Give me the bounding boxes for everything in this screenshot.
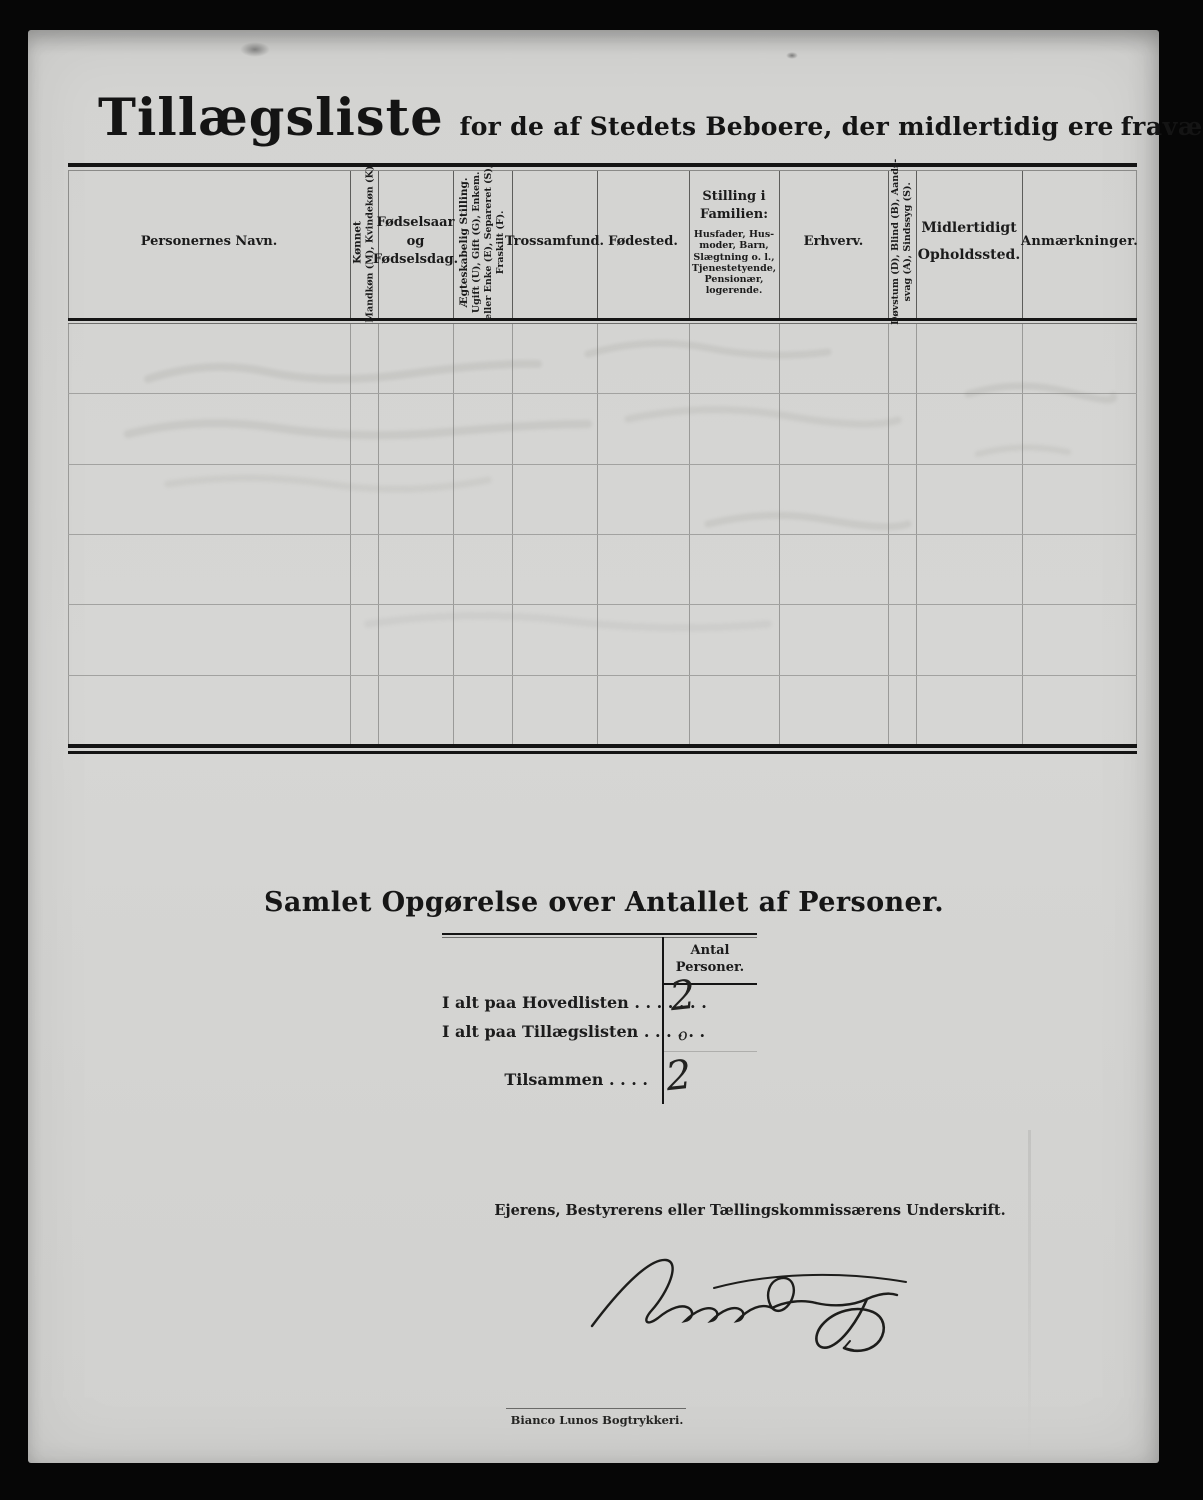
column-header-occupation: Erhverv. — [779, 166, 888, 318]
column-header-codes: Mandkøn (M), Kvindekøn (K). — [365, 162, 377, 322]
rotated-header-text: Ægteskabelig Stilling. Ugift (U), Gift (… — [458, 164, 507, 319]
column-header-disability: Døvstum (D), Blind (B), Aands- svag (A),… — [888, 166, 916, 318]
column-header-family-position: Stilling i Familien: Husfader, Hus- mode… — [689, 166, 779, 318]
column-header-label: Fødested. — [608, 233, 678, 252]
title-subtitle-emphasis: fraværende. — [1121, 112, 1203, 141]
column-header-birth: Fødselsaar og Fødselsdag. — [378, 166, 453, 318]
column-header-codes: svag (A), Sindssyg (S). — [902, 182, 914, 301]
column-header-birthplace: Fødested. — [597, 166, 689, 318]
column-header-name: Personernes Navn. — [68, 166, 350, 318]
column-header-label: Erhverv. — [804, 233, 864, 252]
column-header-sublabel: Husfader, Hus- moder, Barn, Slægtning o.… — [692, 229, 776, 296]
leader-dots: . . . . . . — [638, 1022, 705, 1041]
column-header-faith: Trossamfund. — [512, 166, 597, 318]
scanned-census-document: { "title": { "main": "Tillægsliste", "re… — [0, 0, 1203, 1500]
column-header-label: Fødselsdag. — [373, 251, 458, 270]
table-bottom-rule — [68, 744, 1137, 748]
family-sub-line: moder, Barn, — [692, 240, 776, 251]
column-header-remarks: Anmærkninger. — [1022, 166, 1137, 318]
column-header-codes: eller Enke (E), Separeret (S), — [483, 164, 495, 319]
summary-col-header-line: Antal — [664, 943, 756, 960]
title-main: Tillægsliste — [98, 88, 444, 148]
rotated-header-text: Kønnet Mandkøn (M), Kvindekøn (K). — [352, 162, 377, 322]
column-header-codes: Ugift (U), Gift (G), Enkem. — [471, 171, 483, 313]
column-header-label: og — [407, 233, 425, 252]
column-header-label: Personernes Navn. — [141, 233, 278, 252]
column-header-label: Stilling i — [702, 188, 765, 207]
family-sub-line: Pensionær, — [692, 274, 776, 285]
table-bottom-rule-2 — [68, 751, 1137, 754]
handwritten-count-total: 2 — [664, 1055, 693, 1097]
family-sub-line: Husfader, Hus- — [692, 229, 776, 240]
summary-row-label: Tilsammen . . . . — [442, 1070, 648, 1089]
printer-imprint: Bianco Lunos Bogtrykkeri. — [511, 1413, 684, 1427]
rotated-header-text: Døvstum (D), Blind (B), Aands- svag (A),… — [890, 159, 914, 325]
leader-dots: . . . . — [603, 1070, 648, 1089]
column-header-label: Ægteskabelig Stilling. — [458, 177, 471, 307]
summary-label-text: I alt paa Tillægslisten — [442, 1022, 638, 1041]
summary-col-header: Antal Personer. — [664, 943, 756, 977]
signature-caption: Ejerens, Bestyrerens eller Tællingskommi… — [494, 1202, 1005, 1219]
column-header-sex: Kønnet Mandkøn (M), Kvindekøn (K). — [350, 166, 378, 318]
summary-top-thin-rule — [442, 937, 757, 938]
summary-sum-rule — [664, 1051, 757, 1052]
column-header-label: Trossamfund. — [505, 233, 604, 252]
scan-smudge — [240, 42, 270, 57]
page-title: Tillægsliste for de af Stedets Beboere, … — [98, 88, 1203, 148]
family-sub-line: Tjenestetyende, — [692, 263, 776, 274]
summary-top-rule — [442, 933, 757, 935]
column-header-marital: Ægteskabelig Stilling. Ugift (U), Gift (… — [453, 166, 512, 318]
column-header-codes: Døvstum (D), Blind (B), Aands- — [890, 159, 902, 325]
column-header-temporary-residence: Midlertidigt Opholdssted. — [916, 166, 1022, 318]
summary-label-text: I alt paa Hovedlisten — [442, 993, 629, 1012]
header-bottom-rule — [68, 318, 1137, 321]
title-subtitle: for de af Stedets Beboere, der midlertid… — [460, 112, 1114, 141]
summary-label-text: Tilsammen — [504, 1070, 603, 1089]
column-header-label: Fødselsaar — [377, 214, 455, 233]
column-header-label: Opholdssted. — [918, 242, 1020, 269]
handwritten-count-hovedlisten: 2 — [668, 975, 697, 1017]
summary-heading: Samlet Opgørelse over Antallet af Person… — [264, 887, 944, 918]
census-form-paper: Tillægsliste for de af Stedets Beboere, … — [28, 30, 1159, 1463]
handwritten-count-tillaegslisten: o — [677, 1027, 688, 1044]
ink-bleed-through-artifact — [68, 324, 1137, 744]
signature-handwriting — [586, 1246, 926, 1361]
scan-smudge — [786, 52, 798, 59]
column-header-label: Midlertidigt — [921, 215, 1016, 242]
column-header-label: Kønnet — [352, 221, 365, 264]
paper-fold-streak — [1028, 1130, 1031, 1460]
summary-row-label: I alt paa Hovedlisten . . . . . . . — [442, 993, 648, 1012]
family-sub-line: logerende. — [692, 285, 776, 296]
family-sub-line: Slægtning o. l., — [692, 252, 776, 263]
column-header-label: Anmærkninger. — [1021, 233, 1138, 252]
summary-row-label: I alt paa Tillægslisten . . . . . . — [442, 1022, 648, 1041]
printer-rule — [506, 1408, 686, 1409]
column-header-label: Familien: — [700, 206, 768, 225]
